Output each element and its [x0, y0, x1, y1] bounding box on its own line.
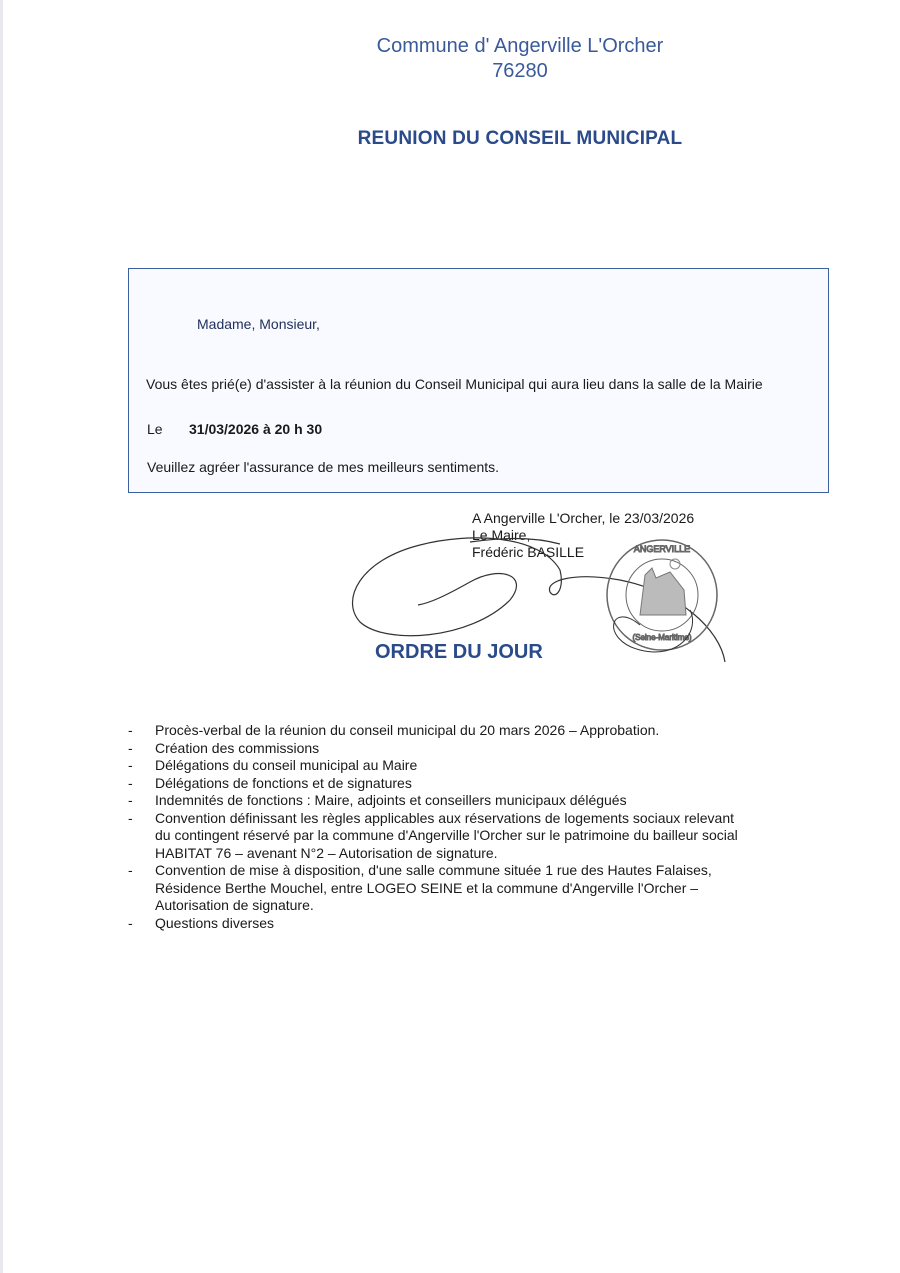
- signature-and-stamp: ANGERVILLE (Seine-Maritime): [0, 0, 900, 700]
- agenda-title: ORDRE DU JOUR: [375, 641, 543, 664]
- agenda-item-text: Délégations du conseil municipal au Mair…: [155, 757, 808, 775]
- mairie-stamp-icon: ANGERVILLE (Seine-Maritime): [607, 540, 717, 652]
- bullet-dash: -: [128, 862, 133, 880]
- bullet-dash: -: [128, 757, 133, 775]
- bullet-dash: -: [128, 740, 133, 758]
- svg-text:(Seine-Maritime): (Seine-Maritime): [632, 633, 691, 642]
- bullet-dash: -: [128, 792, 133, 810]
- agenda-item-text: Convention de mise à disposition, d'une …: [155, 862, 808, 880]
- agenda-item-text: Procès-verbal de la réunion du conseil m…: [155, 722, 808, 740]
- agenda-item-text: du contingent réservé par la commune d'A…: [155, 827, 808, 845]
- agenda-item-text: Questions diverses: [155, 915, 808, 933]
- agenda-item-text: Autorisation de signature.: [155, 897, 808, 915]
- agenda-list: -Procès-verbal de la réunion du conseil …: [128, 722, 808, 932]
- agenda-item-text: Convention définissant les règles applic…: [155, 810, 808, 828]
- agenda-item-text: HABITAT 76 – avenant N°2 – Autorisation …: [155, 845, 808, 863]
- agenda-item-text: Création des commissions: [155, 740, 808, 758]
- agenda-item-text: Résidence Berthe Mouchel, entre LOGEO SE…: [155, 880, 808, 898]
- agenda-item: -Convention définissant les règles appli…: [128, 810, 808, 863]
- bullet-dash: -: [128, 775, 133, 793]
- bullet-dash: -: [128, 915, 133, 933]
- svg-text:ANGERVILLE: ANGERVILLE: [634, 544, 690, 554]
- agenda-item: -Procès-verbal de la réunion du conseil …: [128, 722, 808, 740]
- bullet-dash: -: [128, 810, 133, 828]
- agenda-item: -Création des commissions: [128, 740, 808, 758]
- agenda-item: -Convention de mise à disposition, d'une…: [128, 862, 808, 915]
- agenda-item-text: Indemnités de fonctions : Maire, adjoint…: [155, 792, 808, 810]
- agenda-item: -Délégations de fonctions et de signatur…: [128, 775, 808, 793]
- agenda-item: -Délégations du conseil municipal au Mai…: [128, 757, 808, 775]
- bullet-dash: -: [128, 722, 133, 740]
- agenda-item-text: Délégations de fonctions et de signature…: [155, 775, 808, 793]
- agenda-item: -Indemnités de fonctions : Maire, adjoin…: [128, 792, 808, 810]
- agenda-item: -Questions diverses: [128, 915, 808, 933]
